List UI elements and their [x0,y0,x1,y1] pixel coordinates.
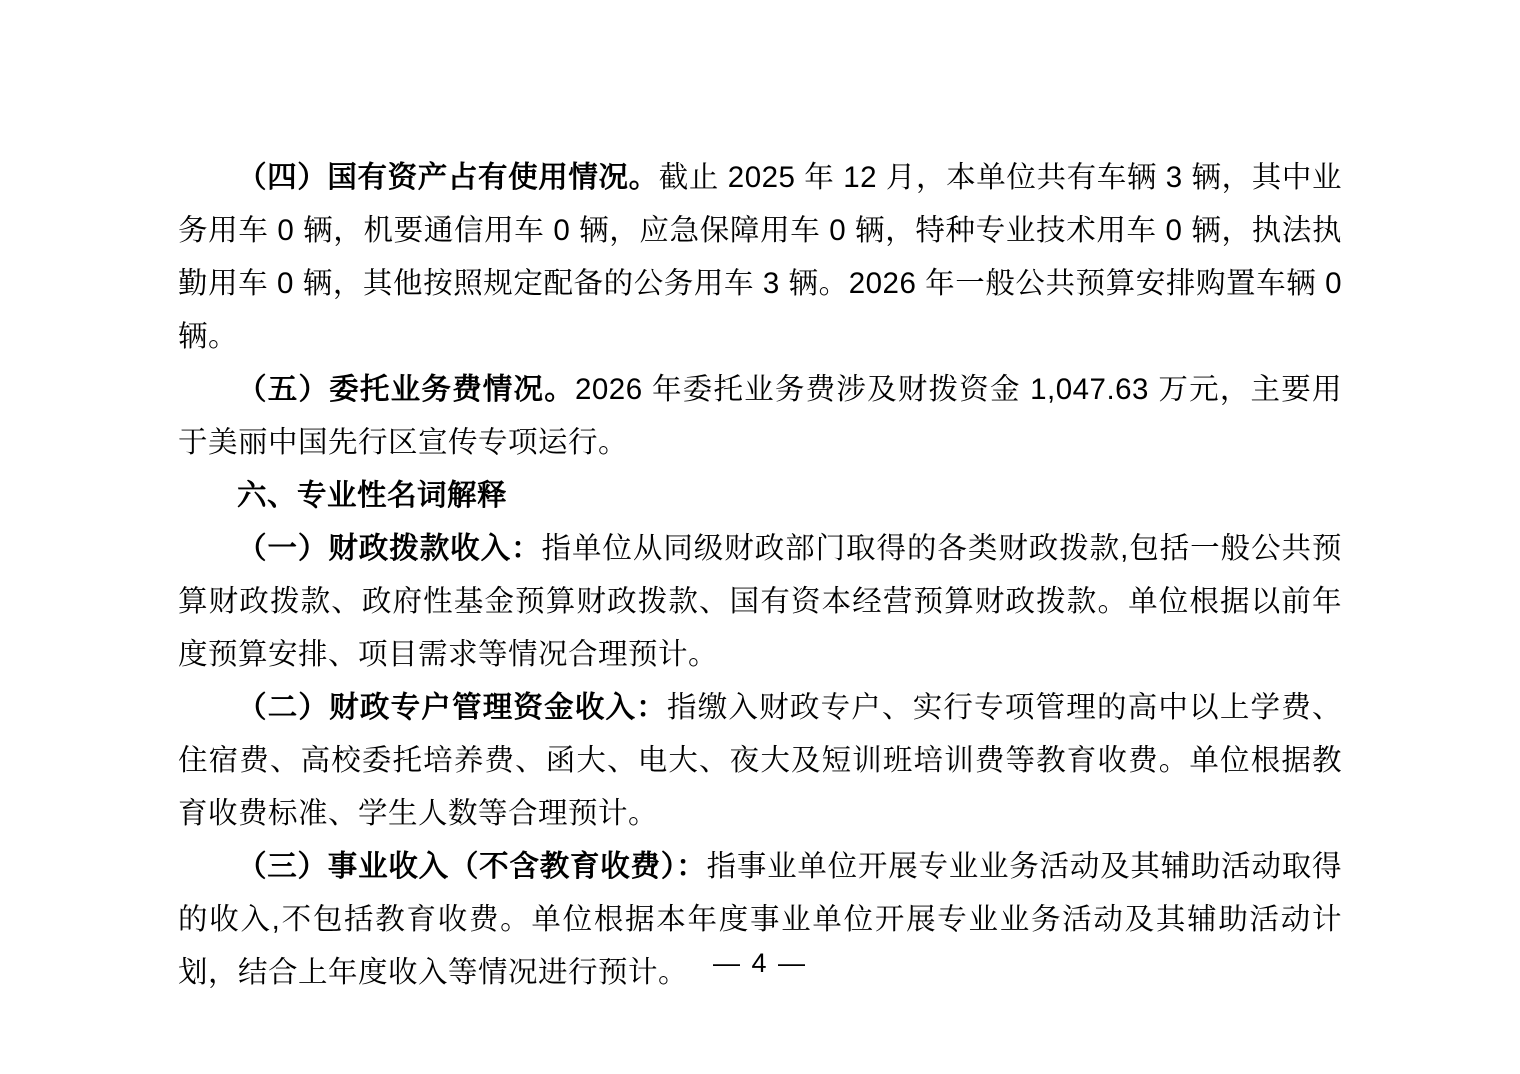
paragraph-lead: （二）财政专户管理资金收入： [237,691,667,724]
page-number: — 4 — [713,948,807,978]
paragraph-lead: （一）财政拨款收入： [237,532,542,565]
paragraph-fiscal-special-account-income: （二）财政专户管理资金收入：指缴入财政专户、实行专项管理的高中以上学费、住宿费、… [178,681,1342,840]
paragraph-state-assets: （四）国有资产占有使用情况。截止 2025 年 12 月，本单位共有车辆 3 辆… [178,151,1342,363]
page-footer: — 4 — [0,944,1520,982]
section-heading-terms-explanation: 六、专业性名词解释 [178,469,1342,522]
document-body: （四）国有资产占有使用情况。截止 2025 年 12 月，本单位共有车辆 3 辆… [178,151,1342,999]
paragraph-lead: （三）事业收入（不含教育收费）： [237,850,707,883]
paragraph-lead: （四）国有资产占有使用情况。 [237,161,659,194]
paragraph-lead: （五）委托业务费情况。 [237,373,575,406]
paragraph-fiscal-appropriation-income: （一）财政拨款收入：指单位从同级财政部门取得的各类财政拨款,包括一般公共预算财政… [178,522,1342,681]
document-page: （四）国有资产占有使用情况。截止 2025 年 12 月，本单位共有车辆 3 辆… [0,0,1520,1074]
paragraph-entrusted-business-fee: （五）委托业务费情况。2026 年委托业务费涉及财拨资金 1,047.63 万元… [178,363,1342,469]
